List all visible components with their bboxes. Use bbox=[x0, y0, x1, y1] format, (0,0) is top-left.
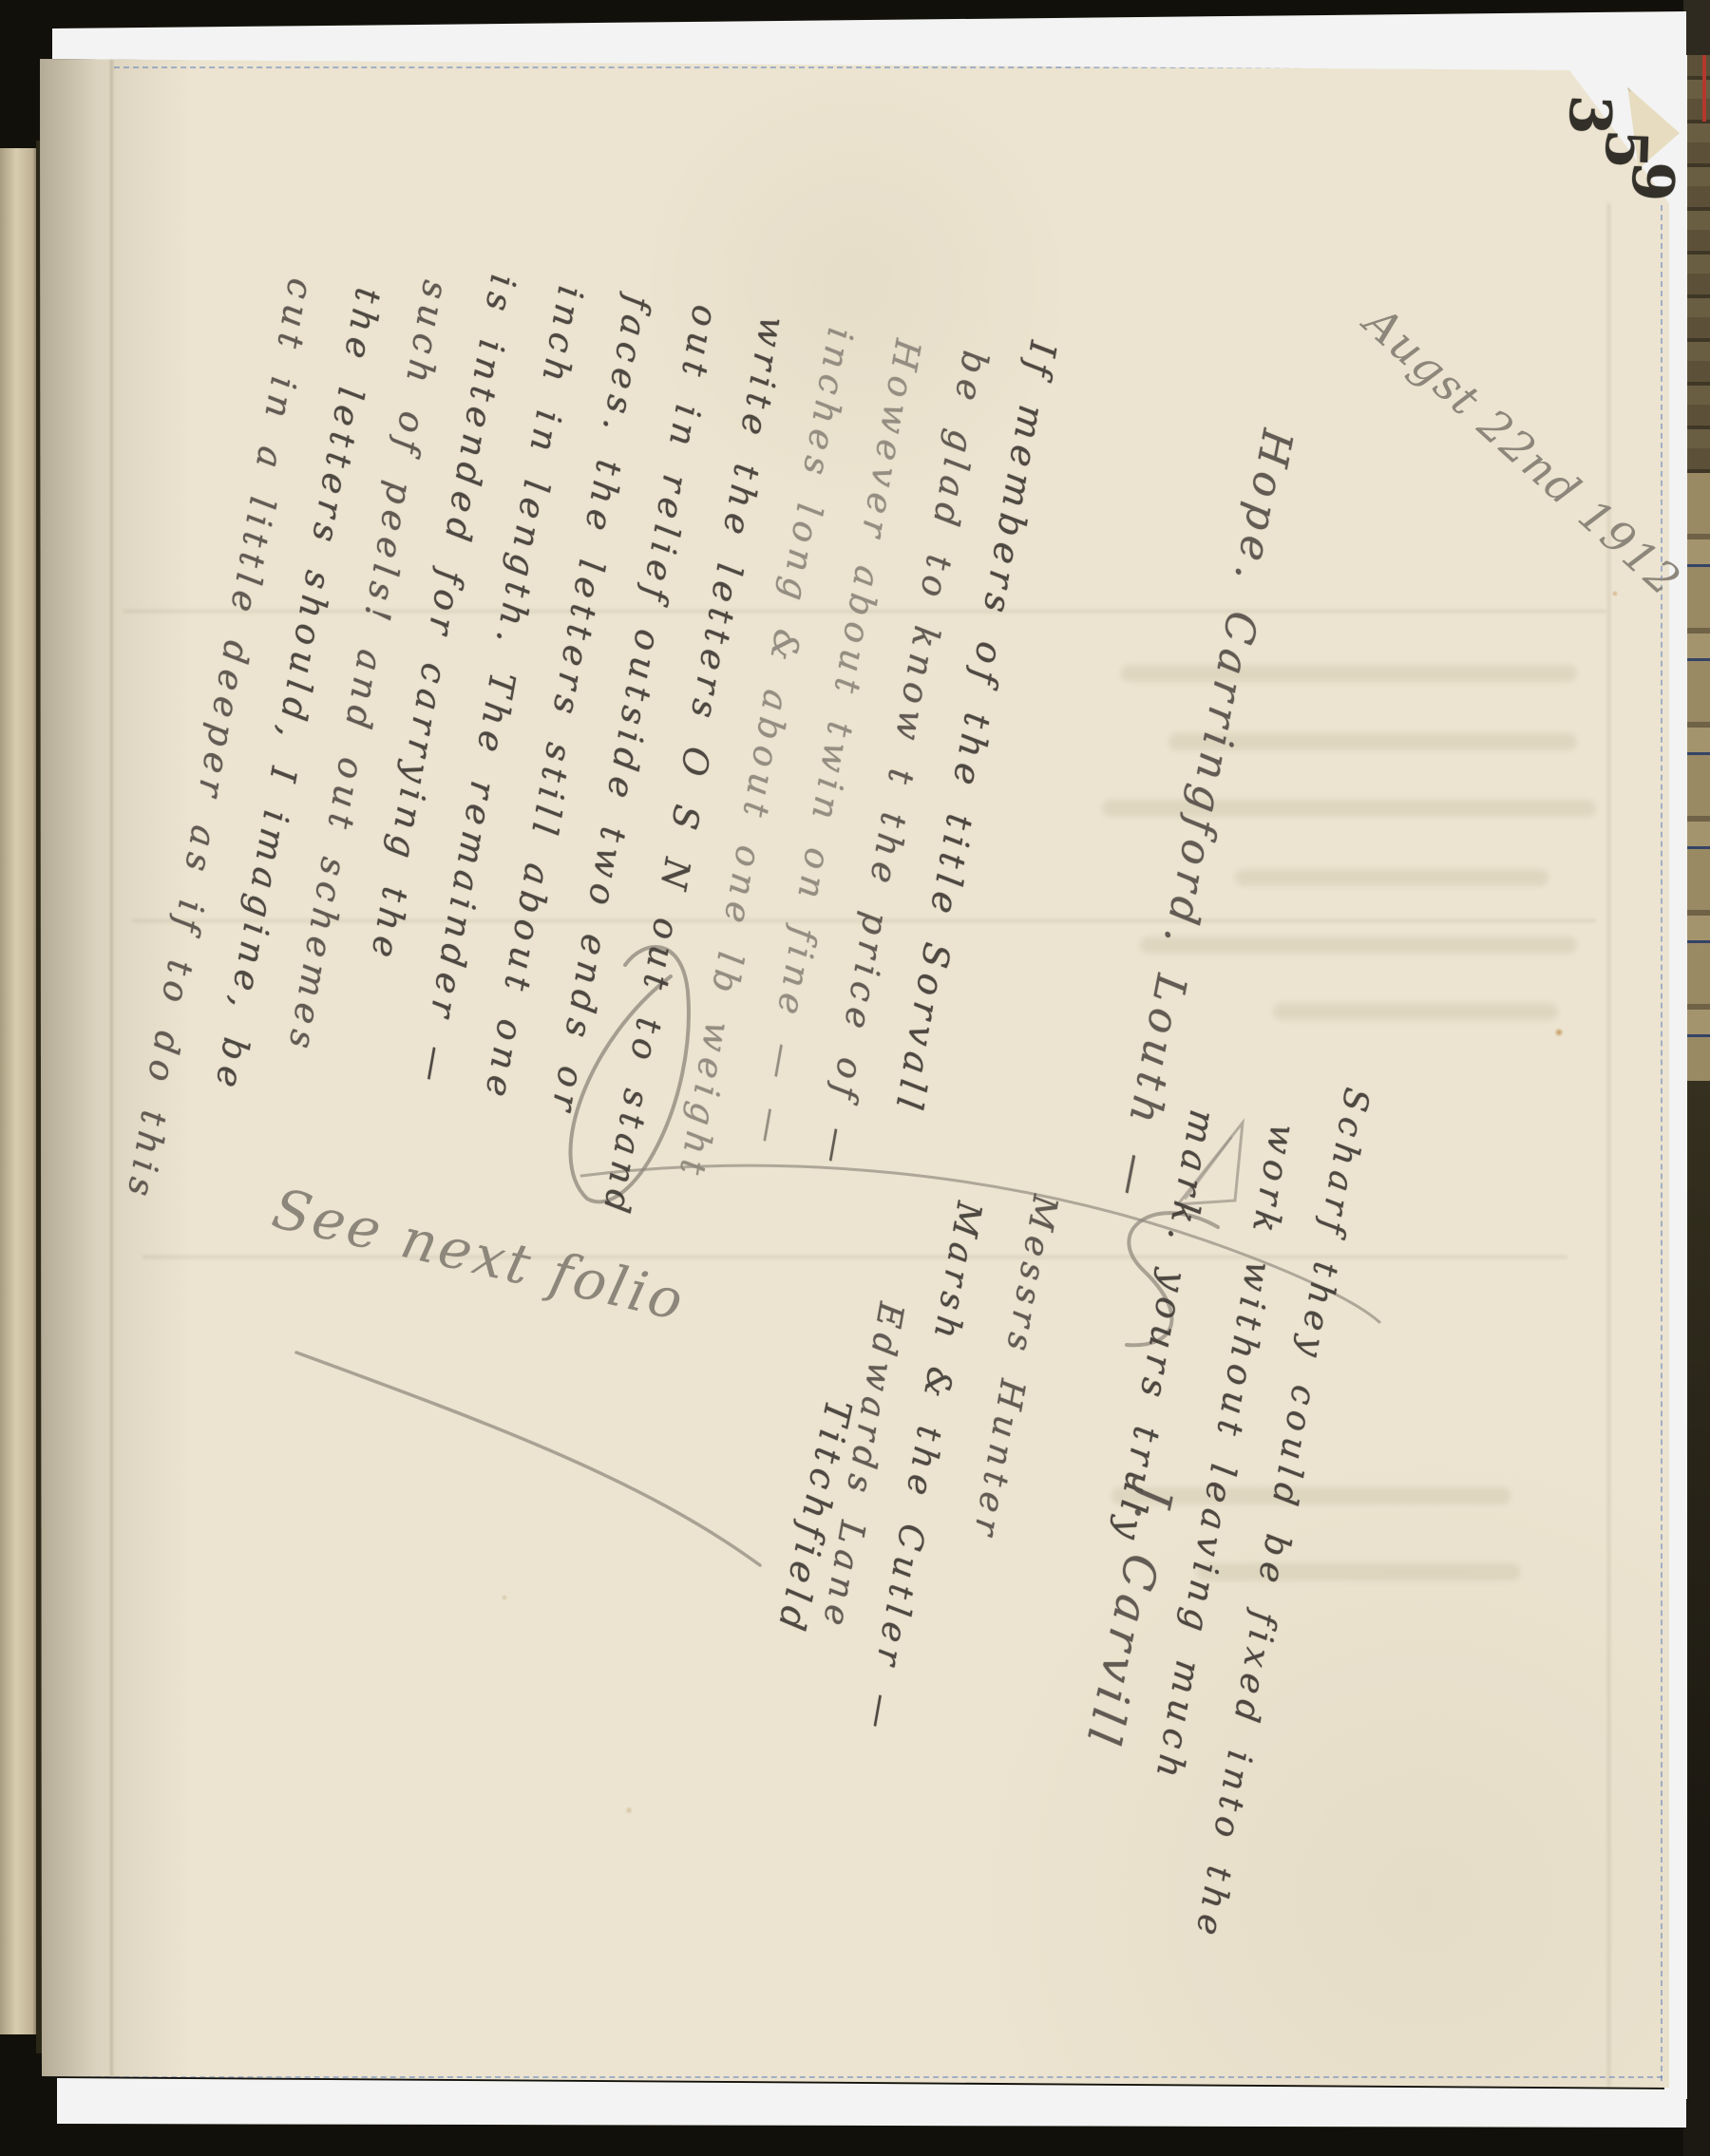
pencil-underline-curve bbox=[296, 1352, 760, 1565]
scanned-letter-page: cut in a little deeper as if to do thist… bbox=[0, 0, 1710, 2156]
stamp-digit: 9 bbox=[1618, 161, 1685, 202]
